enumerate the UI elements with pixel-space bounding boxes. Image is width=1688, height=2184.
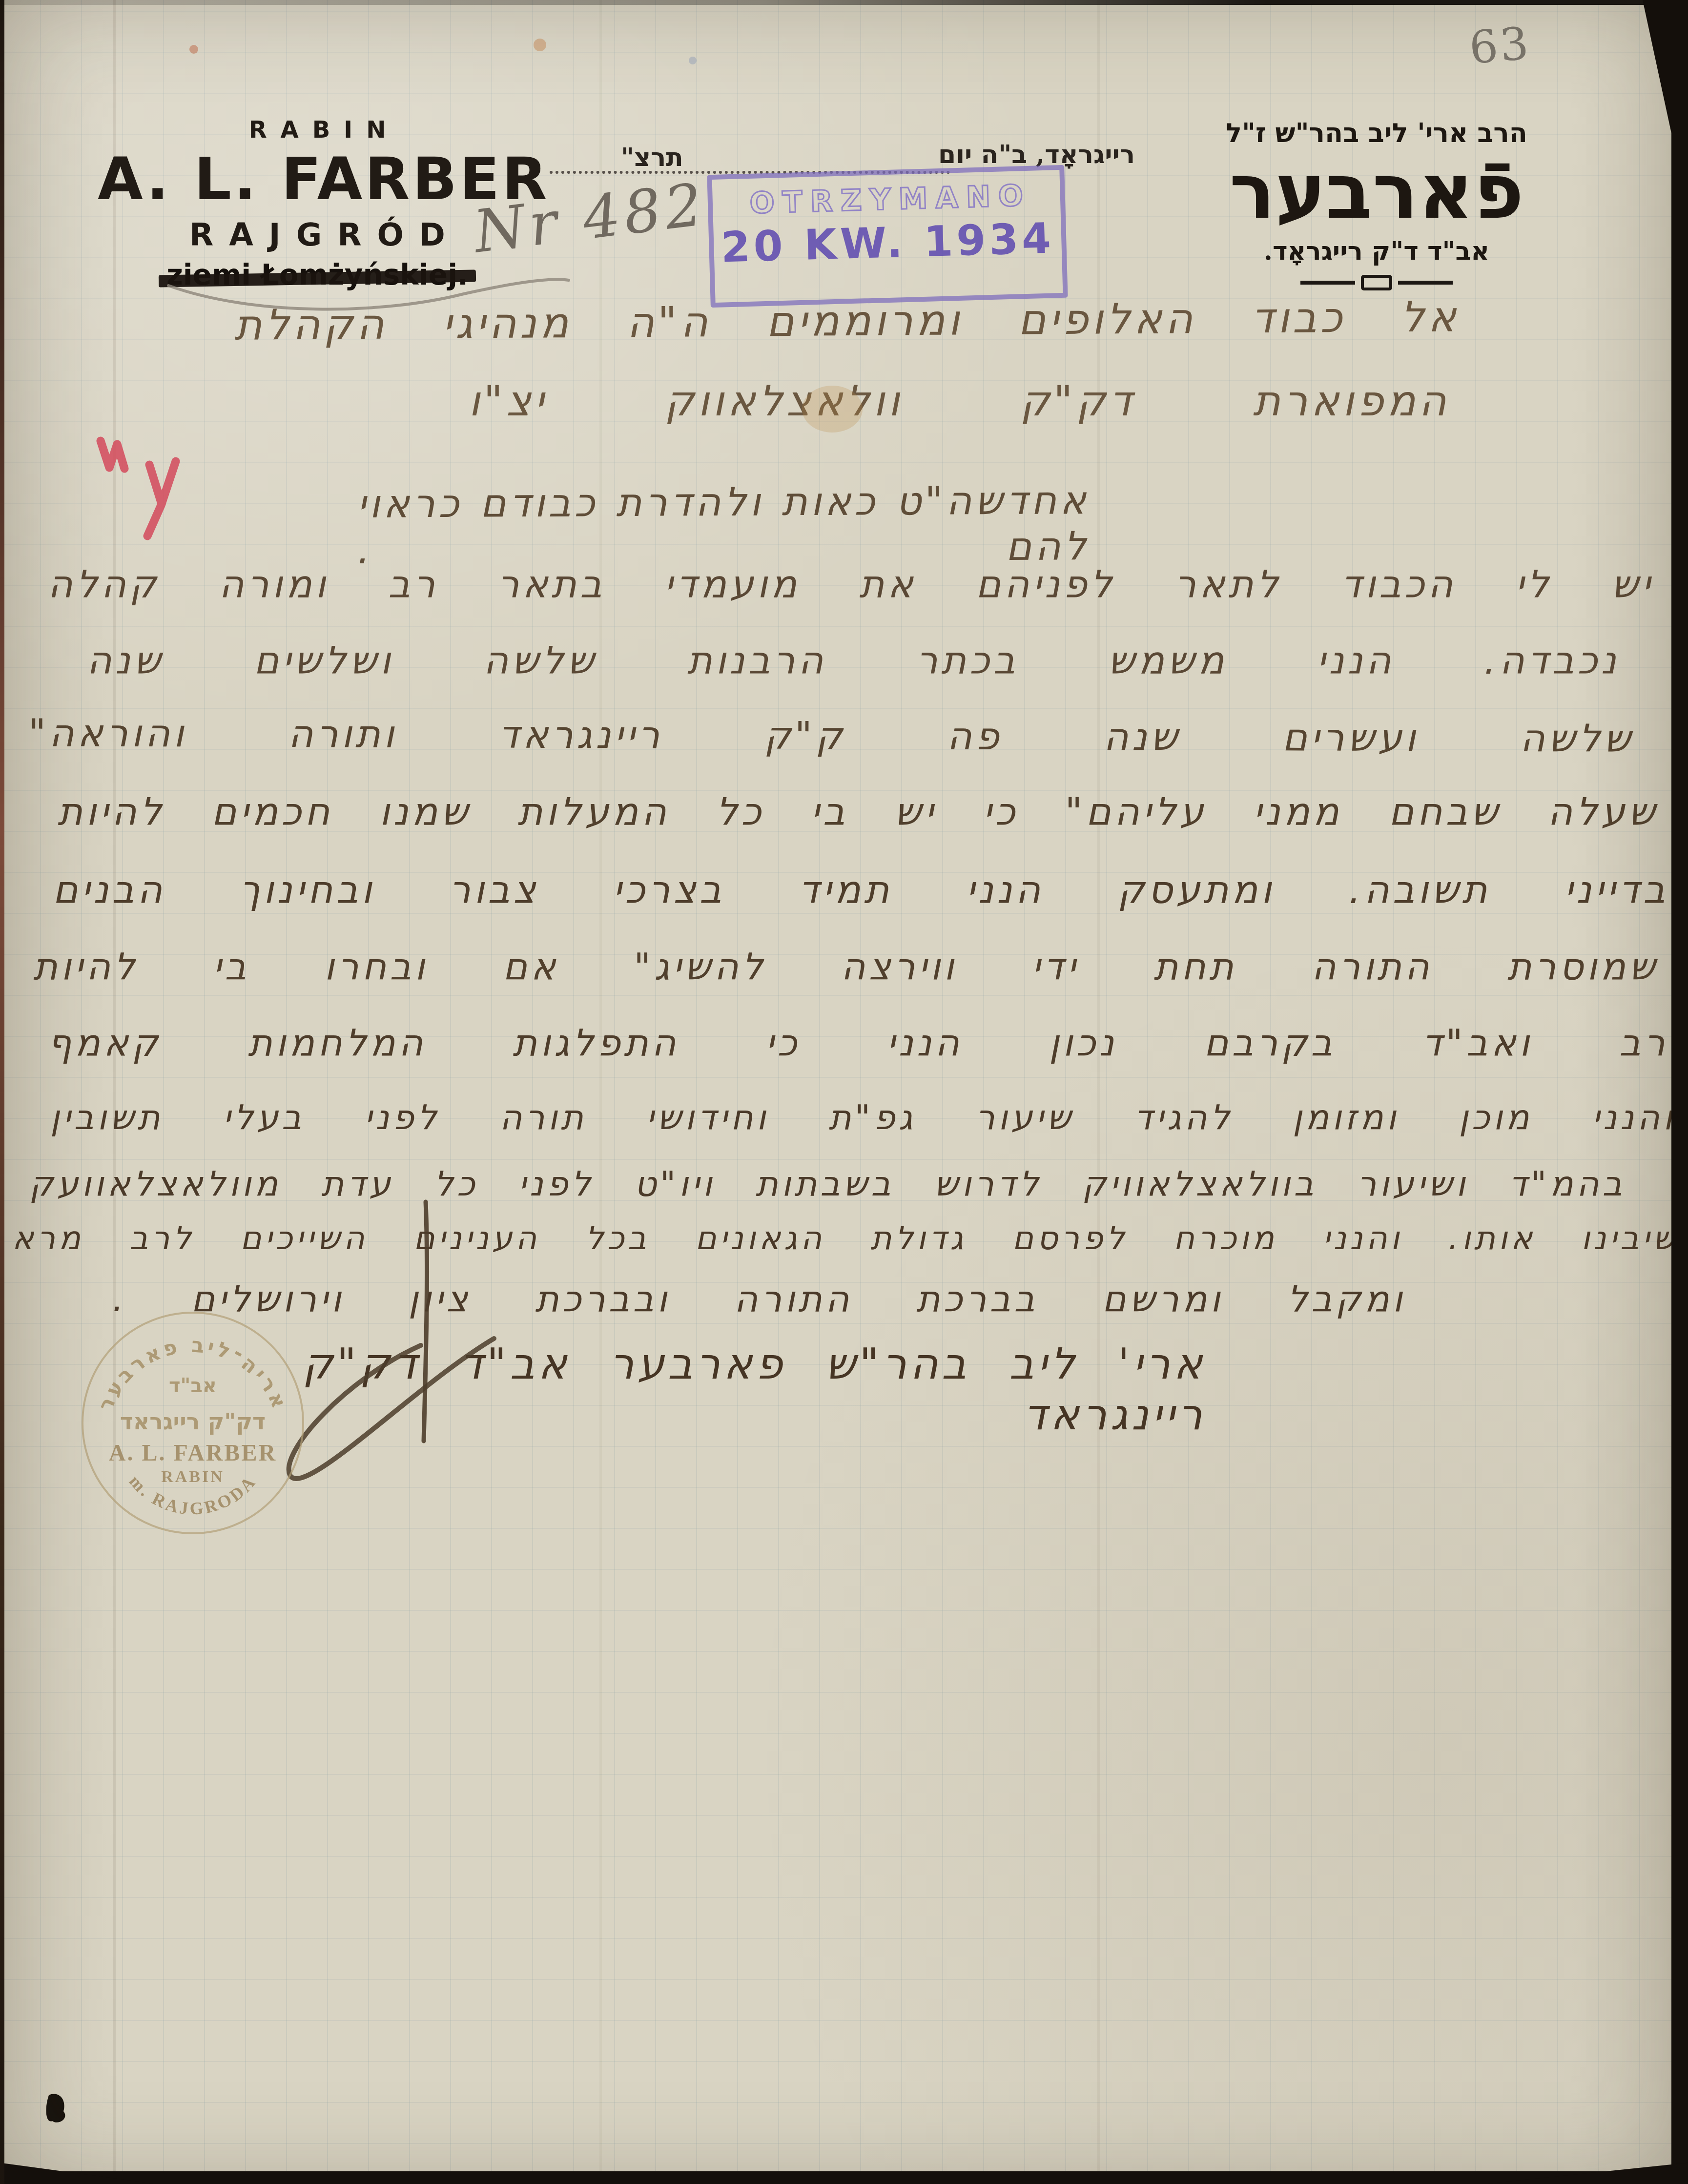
body-line: בהמ"ד ושיעור בוולאצלאוויק לדרוש בשבתות ו… [29,1164,1626,1204]
letterhead-hebrew-name: פֿארבער [1191,151,1562,231]
dateline-year: תרצ" [621,143,683,172]
body-line: שמוסרת התורה תחת ידי ווירצה להשיג" אם וב… [33,945,1659,989]
red-crayon-mark [101,441,176,536]
letterhead-town: RAJGRÓD [98,217,537,253]
letterhead-hebrew: הרב ארי' ליב בהר"ש ז"ל פֿארבער אב"ד ד"ק … [1191,117,1562,290]
paper-tear [46,2094,65,2122]
signature-line: ארי' ליב בהר"ש פארבער אב"ד דק"ק ריינגראד [303,1339,1206,1440]
paper-fold-line [113,0,116,2184]
body-line: אחדשה"ט כאות ולהדרת כבודם כראוי להם . [357,477,1090,574]
scanned-letter-page: 63 RABIN A. L. FARBER RAJGRÓD ziemi Łomż… [0,0,1688,2184]
body-line: נכבדה. הנני משמש בכתר הרבנות שלשה ושלשים… [87,639,1620,683]
body-line: והנני מוכן ומזומן להגיד שיעור גפ"ת וחידו… [50,1097,1676,1138]
letterhead-hebrew-line2: אב"ד ד"ק רייגראָד. [1191,236,1562,266]
letterhead-region-struck: ziemi Łomżyńskiej. [166,258,468,291]
body-line: שיבינו אותו. והנני מוכרח לפרסם גדולת הגא… [12,1219,1679,1257]
body-line: בדייני תשובה. ומתעסק הנני תמיד בצרכי צבו… [53,868,1668,913]
body-line: אל כבוד האלופים ומרוממים ה"ה מנהיגי הקהל… [234,292,1460,350]
letterhead-divider-ornament [1191,275,1562,290]
scan-edge-bottom [0,2171,1688,2184]
paper-speck [189,45,198,54]
body-line: שעלה שבחם ממני עליהם" כי יש בי כל המעלות… [58,790,1659,835]
divider-bar [1300,281,1355,285]
paper-speck [534,39,546,51]
body-line: המפוארת דק"ק וולאצלאווק יצ"ו [469,377,1450,426]
rabbi-seal: אריה־ליב פארבער אב"ד דק"ק רייגראד A. L. … [78,1308,308,1538]
seal-center-line2: דק"ק רייגראד [120,1408,266,1435]
seal-title: RABIN [161,1468,225,1486]
seal-center-line1: אב"ד [169,1375,217,1397]
archive-page-number: 63 [1467,17,1533,74]
body-line: רב ואב"ד בקרבם נכון הנני כי התפלגות המלח… [48,1021,1668,1065]
seal-name: A. L. FARBER [109,1440,277,1466]
scan-edge-left [0,0,4,2184]
received-stamp: OTRZYMANO 20 KW. 1934 [707,165,1068,308]
paper-speck [689,57,697,64]
dateline-place: רייגראָד, ב"ה יום [938,140,1135,169]
body-line: יש לי הכבוד לתאר לפניהם את מועמדי בתאר ר… [48,562,1654,607]
scan-edge-right [1671,0,1688,2184]
divider-bar [1398,281,1453,285]
letterhead-title: RABIN [98,116,537,144]
scan-edge-top [0,0,1688,5]
stamp-date: 20 KW. 1934 [713,214,1062,272]
letterhead-hebrew-line1: הרב ארי' ליב בהר"ש ז"ל [1191,117,1562,148]
seal-arc-top-text: אריה־ליב פארבער [93,1333,292,1414]
divider-box [1361,275,1392,290]
body-line: שלשה ועשרים שנה פה ק"ק ריינגראד ותורה וה… [28,711,1634,762]
